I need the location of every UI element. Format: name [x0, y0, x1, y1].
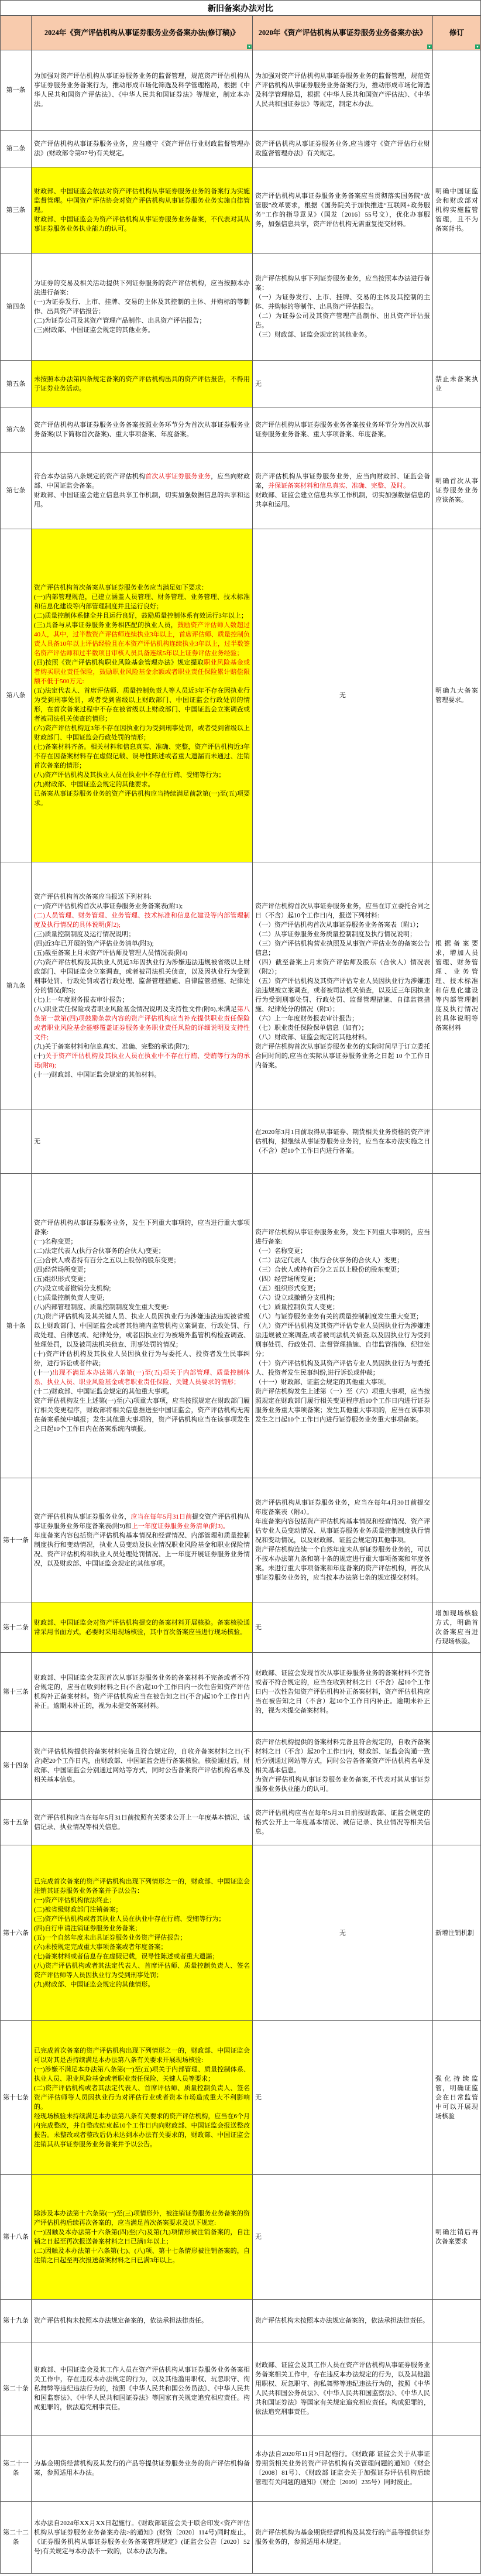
paragraph: （二）为证券公司及其资产管理产品制作、出具资产评估报告。: [255, 311, 430, 330]
col-2020-cell: 资产评估机构未按照本办法规定备案的，依法承担法律责任。: [253, 2300, 433, 2342]
revision-cell: [433, 1174, 480, 1478]
revision-note: 禁止未备案执业: [435, 375, 478, 393]
article-cell: 第十五条: [1, 1800, 32, 1845]
article-cell: 第一条: [1, 50, 32, 130]
revision-cell: [433, 2342, 480, 2435]
paragraph: 无: [255, 1928, 430, 1938]
comment-indicator-icon: ▾: [247, 44, 252, 49]
table-row: 第十七条已完成首次备案的资产评估机构出现下列情形之一的，财政部、中国证监会可以对…: [1, 2021, 480, 2175]
paragraph: (二)质量控制体系健全并且运行良好，鼓励质量控制体系有效运行3年以上；: [34, 611, 250, 621]
table-row: 第十九条资产评估机构未按照本办法规定备案的，依法承担法律责任。资产评估机构未按照…: [1, 2300, 480, 2342]
paragraph: 为证券的交易及相关活动提供下列证券服务的资产评估机构，应当按照本办法进行备案：: [34, 279, 250, 297]
paragraph: 资产评估机构从事下列证券服务业务，应当按照本办法进行备案：: [255, 274, 430, 293]
paragraph: (九)财政部、中国证监会规定的其他情形。: [34, 1980, 250, 1989]
paragraph: (四)按照《资产评估机构职业风险基金管理办法》规定提取职业风险基金或者购买职业责…: [34, 658, 250, 686]
paragraph: (八)职业责任保险或者职业风险基金情况说明及支持性文件(附6),未满足第八条第一…: [34, 1005, 250, 1042]
table-header-row: 2024年《资产评估机构从事证券服务业务备案办法(修订稿)》 ▾ 2020年《资…: [1, 16, 480, 50]
paragraph: (二)人员管理、财务管理、业务管理、技术标准和信息化建设等内部管理制度及执行情况…: [34, 911, 250, 930]
paragraph: （一）资产评估机构首次从事证券服务业务备案表（附1）；: [255, 920, 430, 930]
paragraph: (二)法定代表人(执行合伙事务的合伙人)变更；: [34, 1246, 250, 1256]
paragraph: 资产评估机构提供的备案材料完备且符合规定的，自收齐备案材料之日(不含)起20个工…: [34, 1747, 250, 1784]
paragraph: 财政部、中国证监会对资产评估机构提交的备案材料开展核验。备案核验通常采用书面方式…: [34, 1618, 250, 1637]
table-row: 第三条财政部、中国证监会依法对资产评估机构从事证券服务业务的备案行为实施监督管理…: [1, 167, 480, 254]
paragraph: 资产评估机构从事证券服务业务备案按业务环节分为首次从事证券服务业务备案、重大事项…: [255, 420, 430, 439]
revision-cell: [433, 407, 480, 452]
paragraph: (十)关于资产评估机构及其执业人员在执业中不存在行贿、受贿等行为的承诺(附8);: [34, 1051, 250, 1070]
article-cell: 第十四条: [1, 1732, 32, 1799]
comment-indicator-icon: ▾: [475, 44, 480, 49]
document-page: 新旧备案办法对比 2024年《资产评估机构从事证券服务业务备案办法(修订稿)》 …: [0, 0, 481, 2574]
table-row: 第十一条资产评估机构从事证券服务业务，应当在每年5月31日前提交资产评估机构从事…: [1, 1478, 480, 1602]
comparison-table: 新旧备案办法对比 2024年《资产评估机构从事证券服务业务备案办法(修订稿)》 …: [0, 0, 481, 2574]
paragraph: 年度备案内容包括资产评估机构基本情况和经营情况、资产评估专业人员变动情况、从事证…: [255, 1517, 430, 1545]
table-row: 第十四条资产评估机构提供的备案材料完备且符合规定的，自收齐备案材料之日(不含)起…: [1, 1732, 480, 1800]
paragraph: 资产评估机构为基金期货经营机构及其发行的产品等提供证券服务业务的，参照适用本规定…: [255, 2528, 430, 2547]
col-2024-cell: 资产评估机构从事证券服务业务，应当在每年5月31日前提交资产评估机构从事证券服务…: [32, 1478, 253, 1602]
revision-note: 明确九大备案管理要求。: [435, 686, 478, 705]
article-cell: 第八条: [1, 529, 32, 862]
paragraph: 为资产评估机构从事证券服务业务备案,不代表对其从事证券服务业务执业能力的认可。: [255, 1775, 430, 1794]
paragraph: (三)资产评估机构或者其执业人员在执业中存在行贿、受贿等行为；: [34, 1914, 250, 1924]
paragraph: (四)自行申请注销证券服务业务备案；: [34, 1924, 250, 1933]
revision-cell: 明确注销后再次备案要求: [433, 2175, 480, 2299]
col-2020-cell: 资产评估机构从事证券服务业务，发生下列重大事项的，应当进行备案:（一）名称变更；…: [253, 1174, 433, 1478]
paragraph: (三)合伙人或者持有百分之五以上股份的股东变更；: [34, 1256, 250, 1265]
col-2020-cell: 资产评估机构从事证券服务业务，应当在每年4月30日前提交年度备案表（附4）。年度…: [253, 1478, 433, 1602]
paragraph: 资产评估机构首次从事证券服务业务，应当在订立委托合同之日（不含）起10个工作日内…: [255, 902, 430, 920]
col-2020-cell: 资产评估机构从事下列证券服务业务，应当按照本办法进行备案：（一）为证券发行、上市…: [253, 254, 433, 360]
col-2024-cell: 资产评估机构首次备案应当报送下列材料:(一)资产评估机构首次从事证券服务业务备案…: [32, 862, 253, 1109]
paragraph: 无: [255, 2232, 430, 2242]
paragraph: 资产评估机构连续一个自然年度未从事证券服务业务的，可以不按本办法第九条和第十条的…: [255, 1545, 430, 1582]
col-2024-cell: 资产评估机构应当在每年5月31日前按照有关要求公开上一年度基本情况、诚信记录、执…: [32, 1800, 253, 1845]
paragraph: (二)资产评估机构或者其法定代表人、首席评估师、质量控制负责人、签名资产评估师等…: [34, 2084, 250, 2112]
paragraph: (一)名称变更；: [34, 1237, 250, 1246]
paragraph: 已备案从事证券服务业务的资产评估机构应当持续满足前款第(一)至(五)项要求。: [34, 789, 250, 808]
col-2020-cell: 为加强对资产评估机构从事证券服务业务的监督管理，规范资产评估机构从事证券服务业务…: [253, 50, 433, 130]
paragraph: 财政部、中国证监会建立信息共享工作机制，切实加强数据信息的共享和运用。: [34, 491, 250, 509]
header-2024-label: 2024年《资产评估机构从事证券服务业务备案办法(修订稿)》: [44, 28, 239, 38]
col-2024-cell: 财政部、中国证监会发现首次从事证券服务业务的备案材料不完备或者不符合规定的，应当…: [32, 1653, 253, 1731]
revision-note: 新增注销机制: [435, 1928, 478, 1938]
revision-note: 明确中国证监会和财政部对机构实施监管管理，且不为备案背书。: [435, 187, 478, 234]
revision-cell: 明确中国证监会和财政部对机构实施监管管理，且不为备案背书。: [433, 167, 480, 253]
header-article-cell: [1, 16, 32, 50]
revision-cell: [433, 1478, 480, 1602]
article-cell: 第六条: [1, 407, 32, 452]
revision-note: 明确首次从事证券服务业务应该备案。: [435, 477, 478, 505]
table-row: 第二十一条为基金期货经营机构及其发行的产品等提供证券服务业务的资产评估机构备案，…: [1, 2435, 480, 2502]
paragraph: (一)因触及本办法第十六条第(四)至(六)及第(九)项情形被注销备案的，自注销之…: [34, 2228, 250, 2246]
paragraph: 资产评估机构从事证券服务业务，应当遵守《资产评估行业财政监督管理办法》(财政部令…: [34, 139, 250, 158]
paragraph: （七）职业责任保险保单信息（如有）；: [255, 1023, 430, 1033]
col-2024-cell: 资产评估机构未按照本办法规定备案的，依法承担法律责任。: [32, 2300, 253, 2342]
revision-cell: 明确首次从事证券服务业务应该备案。: [433, 453, 480, 529]
revision-note: 强化持续监管，明确证监会在日常监管中可以开展现场核验: [435, 2074, 478, 2121]
revision-cell: [433, 131, 480, 167]
paragraph: （六）设立或撤销分支机构；: [255, 1293, 430, 1303]
table-row: 第五条未按照本办法第四条规定备案的资产评估机构出具的资产评估报告，不得用于证券业…: [1, 361, 480, 407]
paragraph: 已完成首次备案的资产评估机构出现下列情形之一的，财政部、中国证监会可以对其是否持…: [34, 2046, 250, 2065]
paragraph: 资产评估机构首次备案应当报送下列材料:: [34, 892, 250, 902]
col-2020-cell: 财政部、证监会发现首次从事证券服务业务的备案材料不完备或者不符合规定的，应当在收…: [253, 1653, 433, 1731]
revision-cell: 增加现场核验方式，明确首次备案应当进行现场核验。: [433, 1602, 480, 1652]
article-cell: 第十七条: [1, 2021, 32, 2174]
paragraph: （七）质量控制负责人变更；: [255, 1303, 430, 1312]
revision-cell: [433, 2435, 480, 2501]
paragraph: （五）资产评估机构及其资产评估专业人员因执业行为涉嫌违法违规被立案调查，或者被司…: [255, 977, 430, 1014]
paragraph: 年度备案内容包括资产评估机构基本情况和经营情况、内部管理和质量控制制度执行和变动…: [34, 1531, 250, 1568]
col-2020-cell: 无: [253, 2175, 433, 2299]
paragraph: （十一）财政部、证监会规定的其他重大事项。: [255, 1378, 430, 1387]
article-cell: 第十九条: [1, 2300, 32, 2342]
paragraph: 无: [255, 691, 430, 700]
revision-cell: 强化持续监管，明确证监会在日常监管中可以开展现场核验: [433, 2021, 480, 2174]
paragraph: 无: [34, 1137, 250, 1146]
col-2024-cell: 未按照本办法第四条规定备案的资产评估机构出具的资产评估报告，不得用于证券业务活动…: [32, 361, 253, 407]
table-row: 无在2020年3月1日前取得从事证券、期货相关业务资格的资产评估机构，拟继续从事…: [1, 1109, 480, 1174]
page-title: 新旧备案办法对比: [1, 1, 480, 16]
paragraph: （五）组织形式变更；: [255, 1284, 430, 1293]
paragraph: （十）资产评估机构及其资产评估专业人员因执业行为与委托人、投资者发生民事纠纷,进…: [255, 1359, 430, 1378]
paragraph: （一）为证券发行、上市、挂牌、交易的主体及其控制的主体、并购标的等制作、出具资产…: [255, 293, 430, 311]
article-cell: 第三条: [1, 167, 32, 253]
article-cell: 第四条: [1, 254, 32, 360]
paragraph: （四）截至备案上月末资产评估师及股东（合伙人）情况表（附2）；: [255, 958, 430, 977]
article-cell: 第二条: [1, 131, 32, 167]
paragraph: (四)近3年已开展的资产评估业务清单(附3);: [34, 939, 250, 948]
paragraph: (五)组织形式变更；: [34, 1275, 250, 1284]
col-2020-cell: 资产评估机构从事证券服务业务备案应当贯彻落实国务院“放管服”改革要求，根据《国务…: [253, 167, 433, 253]
paragraph: 资产评估机构从事证券服务业务，发生下列重大事项的，应当进行备案:: [255, 1228, 430, 1246]
table-row: 第四条为证券的交易及相关活动提供下列证券服务的资产评估机构，应当按照本办法进行备…: [1, 254, 480, 361]
paragraph: 为基金期货经营机构及其发行的产品等提供证券服务业务的资产评估机构备案，参照适用本…: [34, 2459, 250, 2478]
paragraph: 资产评估机构发生上述第（一）至（六）项重大事项，应当按照规定在财政部门履行相关变…: [255, 1387, 430, 1424]
paragraph: (五)法定代表人、首席评估师、质量控制负责人等人员近3年不存在因执业行为受到刑事…: [34, 686, 250, 724]
paragraph: 资产评估机构从事证券服务业务,应当遵守《资产评估行业财政监督管理办法》有关规定。: [255, 139, 430, 158]
paragraph: （三）合伙人或持有百分之五以上股份的股东变更；: [255, 1265, 430, 1275]
article-cell: 第十二条: [1, 1602, 32, 1652]
table-row: 第十六条已完成首次备案的资产评估机构出现下列情形之一的，财政部、中国证监会注销其…: [1, 1845, 480, 2021]
table-row: 第二十二条本办法自2024年XX月XX日起施行。《财政部证监会关于联合印发<资产…: [1, 2502, 480, 2573]
paragraph: (二)因触及本办法第十六条第(七)、(八)项、第十七条情形被注销备案的，自注销之…: [34, 2246, 250, 2265]
paragraph: （八）财政部、证监会规定的其他材料。: [255, 1033, 430, 1042]
table-row: 第一条为加强对资产评估机构从事证券服务业务的监督管理，规范资产评估机构从事证券服…: [1, 50, 480, 131]
paragraph: (七)质量控制负责人变更;: [34, 1293, 250, 1303]
paragraph: (六)未按规定完成重大事项备案或者年度备案；: [34, 1943, 250, 1952]
col-2024-cell: 资产评估机构首次备案从事证券服务业务应当满足如下要求：(一)内部管理规范，已建立…: [32, 529, 253, 862]
revision-cell: [433, 1800, 480, 1845]
paragraph: 资产评估机构提供的备案材料完备且符合规定的，自收齐备案材料之日（不含）起20个工…: [255, 1738, 430, 1775]
paragraph: 财政部、证监会及其工作人员在资产评估机构从事证券服务业务备案相关工作中，存在违反…: [255, 2361, 430, 2417]
paragraph: (十一)财政部、中国证监会规定的其他材料。: [34, 1070, 250, 1080]
header-2020-label: 2020年《资产评估机构从事证券服务业务备案办法》: [259, 28, 427, 38]
table-row: 第二十条财政部、中国证监会及其工作人员在资产评估机构从事证券服务业务备案相关工作…: [1, 2342, 480, 2435]
revision-cell: [433, 1732, 480, 1799]
paragraph: 资产评估机构从事证券服务业务备案按照业务环节分为首次从事证券服务业务备案(以下简…: [34, 420, 250, 439]
paragraph: (四)经营场所变更；: [34, 1265, 250, 1275]
col-2024-cell: 资产评估机构从事证券服务业务，应当遵守《资产评估行业财政监督管理办法》(财政部令…: [32, 131, 253, 167]
paragraph: 无: [255, 2093, 430, 2102]
paragraph: (十二)财政部、中国证监会规定的其他重大事项。: [34, 1387, 250, 1396]
table-row: 第二条资产评估机构从事证券服务业务，应当遵守《资产评估行业财政监督管理办法》(财…: [1, 131, 480, 167]
paragraph: (七)备案材料或者信息存在虚假记载，误导性陈述或者重大遗漏；: [34, 1952, 250, 1961]
article-cell: 第十一条: [1, 1478, 32, 1602]
revision-cell: 根据备案要求，增加人员管理、财务管理、业务管理、技术标准和信息化建设等内部管理制…: [433, 862, 480, 1109]
col-2024-cell: 已完成首次备案的资产评估机构出现下列情形之一的，财政部、中国证监会可以对其是否持…: [32, 2021, 253, 2174]
col-2020-cell: 资产评估机构从事证券服务业务,应当遵守《资产评估行业财政监督管理办法》有关规定。: [253, 131, 433, 167]
table-body: 第一条为加强对资产评估机构从事证券服务业务的监督管理，规范资产评估机构从事证券服…: [1, 50, 480, 2573]
revision-note: 明确注销后再次备案要求: [435, 2228, 478, 2246]
paragraph: (八)资产评估机构及其执业人员在执业中不存在行贿、受贿等行为；: [34, 770, 250, 780]
paragraph: 资产评估机构首次备案从事证券服务业务应当满足如下要求：: [34, 583, 250, 592]
paragraph: （二）法定代表人（执行合伙事务的合伙人）变更；: [255, 1256, 430, 1265]
col-2024-cell: 资产评估机构从事证券服务业务备案按照业务环节分为首次从事证券服务业务备案(以下简…: [32, 407, 253, 452]
col-2020-cell: 财政部、证监会及其工作人员在资产评估机构从事证券服务业务备案相关工作中，存在违反…: [253, 2342, 433, 2435]
article-cell: [1, 1109, 32, 1173]
article-cell: 第十条: [1, 1174, 32, 1478]
paragraph: 本办法自2020年11月9日起施行。《财政部 证监会关于从事证券期货相关业务的资…: [255, 2450, 430, 2487]
article-cell: 第七条: [1, 453, 32, 529]
paragraph: (九)关于备案材料和信息真实、准确、完整的承诺(附7);: [34, 1042, 250, 1051]
revision-cell: [433, 1653, 480, 1731]
article-cell: 第十八条: [1, 2175, 32, 2299]
col-2020-cell: 资产评估机构首次从事证券服务业务，应当在订立委托合同之日（不含）起10个工作日内…: [253, 862, 433, 1109]
table-row: 第十五条资产评估机构应当在每年5月31日前按照有关要求公开上一年度基本情况、诚信…: [1, 1800, 480, 1845]
revision-cell: [433, 254, 480, 360]
col-2020-cell: 本办法自2020年11月9日起施行。《财政部 证监会关于从事证券期货相关业务的资…: [253, 2435, 433, 2501]
article-cell: 第十六条: [1, 1845, 32, 2020]
paragraph: （三）财政部、证监会规定的其他业务。: [255, 330, 430, 340]
paragraph: (九)资产评估机构及其关键人员、执业人员因执业行为涉嫌违法违规被省级以上财政部门…: [34, 1312, 250, 1349]
paragraph: 本办法自2024年XX月XX日起施行。《财政部证监会关于联合印发<资产评估机构从…: [34, 2519, 250, 2556]
col-2020-cell: 资产评估机构应当在每年5月31日前按财政部、证监会规定的格式公开上一年度基本情况…: [253, 1800, 433, 1845]
paragraph: 财政部、证监会发现首次从事证券服务业务的备案材料不完备或者不符合规定的，应当在收…: [255, 1669, 430, 1715]
col-2020-cell: 资产评估机构从事证券服务业务，应当向财政部、证监会备案，并保证备案材料和信息真实…: [253, 453, 433, 529]
paragraph: 资产评估机构首次从事证券服务业务的实际时间早于订立委托合同时间的,应当在实际从事…: [255, 1042, 430, 1070]
paragraph: 资产评估机构发生上述第(一)至(六)项重大事项，应当按照规定在财政部门履行相关变…: [34, 1396, 250, 1434]
paragraph: (一)为证券发行、上市、挂牌、交易的主体及其控制的主体、并购标的等制作、出具资产…: [34, 297, 250, 316]
paragraph: （九）资产评估机构及其资产评估专业人员因执业行为涉嫌违法违规被立案调查,或者被司…: [255, 1321, 430, 1359]
revision-cell: 禁止未备案执业: [433, 361, 480, 407]
paragraph: 资产评估机构从事证券服务业务，应当向财政部、证监会备案，并保证备案材料和信息真实…: [255, 472, 430, 491]
paragraph: （三）资产评估机构营业执照及从事资产评估业务的备案公告信息；: [255, 939, 430, 958]
paragraph: 资产评估机构未按照本办法规定备案的，依法承担法律责任。: [255, 2316, 430, 2325]
paragraph: (十一)出现不满足本办法第八条第(一)至(五)项关于内部管理、质量控制体系、执业…: [34, 1368, 250, 1387]
article-cell: 第九条: [1, 862, 32, 1109]
header-2024-cell: 2024年《资产评估机构从事证券服务业务备案办法(修订稿)》 ▾: [32, 16, 253, 50]
paragraph: (六)资产评估机构近3年不存在因执业行为受到刑事处罚，或者受到省级以上财政部门、…: [34, 724, 250, 742]
paragraph: 财政部、中国证监会为资产评估机构从事证券服务业务备案，不代表对其从事证券服务业务…: [34, 215, 250, 234]
paragraph: （六）上一年度财务报表审计报告；: [255, 1014, 430, 1023]
table-row: 第七条符合本办法第八条规定的资产评估机构首次从事证券服务业务，应当向财政部、中国…: [1, 453, 480, 529]
paragraph: 在2020年3月1日前取得从事证券、期货相关业务资格的资产评估机构，拟继续从事证…: [255, 1128, 430, 1156]
col-2024-cell: 本办法自2024年XX月XX日起施行。《财政部证监会关于联合印发<资产评估机构从…: [32, 2502, 253, 2573]
revision-cell: [433, 50, 480, 130]
paragraph: 资产评估机构从事证券服务业务备案应当贯彻落实国务院“放管服”改革要求，根据《国务…: [255, 191, 430, 229]
paragraph: (三)具备与从事证券服务业务相匹配的执业人员，鼓励资产评估师人数超过40人，其中…: [34, 621, 250, 658]
paragraph: 符合本办法第八条规定的资产评估机构首次从事证券服务业务，应当向财政部、中国证监会…: [34, 472, 250, 491]
col-2020-cell: 在2020年3月1日前取得从事证券、期货相关业务资格的资产评估机构，拟继续从事证…: [253, 1109, 433, 1173]
col-2024-cell: 财政部、中国证监会及其工作人员在资产评估机构从事证券服务业务备案相关工作中，存在…: [32, 2342, 253, 2435]
paragraph: (六)资产评估机构及其执业人员近3年因执业行为涉嫌违法违规被省级以上财政部门、中…: [34, 958, 250, 995]
paragraph: (二)为证券公司及其资产管理产品制作、出具资产评估报告；: [34, 316, 250, 326]
table-row: 第十八条除涉及本办法第十六条第(一)至(三)项情形外，被注销证券服务业务备案的资…: [1, 2175, 480, 2300]
article-cell: 第十三条: [1, 1653, 32, 1731]
header-revision-cell: 修订 ▾: [433, 16, 480, 50]
revision-cell: [433, 1109, 480, 1173]
comment-indicator-icon: ▾: [427, 44, 432, 49]
paragraph: (六)设立或者撤销分支机构;: [34, 1284, 250, 1293]
paragraph: (二)被省级财政部门注销备案；: [34, 1905, 250, 1914]
table-row: 第八条资产评估机构首次备案从事证券服务业务应当满足如下要求：(一)内部管理规范，…: [1, 529, 480, 862]
paragraph: 资产评估机构应当在每年5月31日前按财政部、证监会规定的格式公开上一年度基本情况…: [255, 1808, 430, 1837]
paragraph: 经现场核验未持续满足本办法第八条有关要求的资产评估机构，应当在6个月内完成整改，…: [34, 2112, 250, 2149]
paragraph: (八)资产评估机构或者其法定代表人、首席评估师、质量控制负责人、签名资产评估师等…: [34, 1961, 250, 1980]
paragraph: 为加强对资产评估机构从事证券服务业务的监督管理，规范资产评估机构从事证券服务业务…: [34, 71, 250, 109]
col-2020-cell: 资产评估机构从事证券服务业务备案按业务环节分为首次从事证券服务业务备案、重大事项…: [253, 407, 433, 452]
table-row: 第十三条财政部、中国证监会发现首次从事证券服务业务的备案材料不完备或者不符合规定…: [1, 1653, 480, 1732]
revision-note: 根据备案要求，增加人员管理、财务管理、业务管理、技术标准和信息化建设等内部管理制…: [435, 939, 478, 1033]
paragraph: (五)一个自然年度未出具证券服务业务资产评估报告；: [34, 1933, 250, 1943]
paragraph: 无: [255, 379, 430, 389]
paragraph: 资产评估机构从事证券服务业务，应当在每年4月30日前提交年度备案表（附4）。: [255, 1498, 430, 1517]
revision-cell: 明确九大备案管理要求。: [433, 529, 480, 862]
paragraph: (一)资产评估机构依法终止；: [34, 1896, 250, 1905]
paragraph: 资产评估机构从事证券服务业务，应当在每年5月31日前提交资产评估机构从事证券服务…: [34, 1512, 250, 1531]
col-2024-cell: 符合本办法第八条规定的资产评估机构首次从事证券服务业务，应当向财政部、中国证监会…: [32, 453, 253, 529]
paragraph: (一)资产评估机构首次从事证券服务业务备案表(附1);: [34, 902, 250, 911]
paragraph: (五)截至备案上月末资产评估师及管理人员情况表(附4): [34, 948, 250, 958]
header-2020-cell: 2020年《资产评估机构从事证券服务业务备案办法》 ▾: [253, 16, 433, 50]
paragraph: 财政部、中国证监会及其工作人员在资产评估机构从事证券服务业务备案相关工作中，存在…: [34, 2365, 250, 2412]
table-row: 第九条资产评估机构首次备案应当报送下列材料:(一)资产评估机构首次从事证券服务业…: [1, 862, 480, 1109]
paragraph: （四）经营场所变更；: [255, 1275, 430, 1284]
header-revision-label: 修订: [449, 28, 464, 38]
paragraph: 资产评估机构从事证券服务业务，发生下列重大事项的，应当进行重大事项备案:: [34, 1218, 250, 1237]
paragraph: 无: [255, 1623, 430, 1632]
paragraph: 除涉及本办法第十六条第(一)至(三)项情形外，被注销证券服务业务备案的资产评估机…: [34, 2209, 250, 2228]
col-2024-cell: 已完成首次备案的资产评估机构出现下列情形之一的，财政部、中国证监会注销其证券服务…: [32, 1845, 253, 2020]
paragraph: (八)内部管理制度、质量控制制度发生重大变更:: [34, 1303, 250, 1312]
paragraph: （二）从事证券服务业务质量控制制度及执行情况说明；: [255, 930, 430, 939]
article-cell: 第五条: [1, 361, 32, 407]
revision-cell: 新增注销机制: [433, 1845, 480, 2020]
paragraph: 财政部、中国证监会依法对资产评估机构从事证券服务业务的备案行为实施监督管理。中国…: [34, 187, 250, 215]
paragraph: (一)内部管理规范，已建立涵盖人员管理、财务管理、业务管理、技术标准和信息化建设…: [34, 592, 250, 611]
col-2020-cell: 无: [253, 1845, 433, 2020]
col-2024-cell: 为证券的交易及相关活动提供下列证券服务的资产评估机构，应当按照本办法进行备案：(…: [32, 254, 253, 360]
table-row: 第六条资产评估机构从事证券服务业务备案按照业务环节分为首次从事证券服务业务备案(…: [1, 407, 480, 453]
paragraph: 资产评估机构应当在每年5月31日前按照有关要求公开上一年度基本情况、诚信记录、执…: [34, 1813, 250, 1832]
paragraph: 资产评估机构未按照本办法规定备案的，依法承担法律责任。: [34, 2316, 250, 2325]
col-2024-cell: 无: [32, 1109, 253, 1173]
revision-note: 增加现场核验方式，明确首次备案应当进行现场核验。: [435, 1609, 478, 1646]
article-cell: 第二十条: [1, 2342, 32, 2435]
paragraph: (一)涉嫌不满足本办法第八条第(一)至(五)项关于内部管理、质量控制体系、执业人…: [34, 2065, 250, 2084]
revision-cell: [433, 2502, 480, 2573]
col-2024-cell: 资产评估机构提供的备案材料完备且符合规定的，自收齐备案材料之日(不含)起20个工…: [32, 1732, 253, 1799]
col-2024-cell: 财政部、中国证监会对资产评估机构提交的备案材料开展核验。备案核验通常采用书面方式…: [32, 1602, 253, 1652]
table-row: 第十二条财政部、中国证监会对资产评估机构提交的备案材料开展核验。备案核验通常采用…: [1, 1602, 480, 1653]
paragraph: (七)备案材料齐备。相关材料和信息真实、准确、完整，资产评估机构近3年不存在因备…: [34, 742, 250, 770]
paragraph: 未按照本办法第四条规定备案的资产评估机构出具的资产评估报告，不得用于证券业务活动…: [34, 375, 250, 393]
col-2024-cell: 资产评估机构从事证券服务业务，发生下列重大事项的，应当进行重大事项备案:(一)名…: [32, 1174, 253, 1478]
col-2024-cell: 财政部、中国证监会依法对资产评估机构从事证券服务业务的备案行为实施监督管理。中国…: [32, 167, 253, 253]
paragraph: 已完成首次备案的资产评估机构出现下列情形之一的，财政部、中国证监会注销其证券服务…: [34, 1877, 250, 1896]
paragraph: (三)质量控制制度及运行情况说明；: [34, 930, 250, 939]
paragraph: 为加强对资产评估机构从事证券服务业务的监督管理，规范资产评估机构从事证券服务业务…: [255, 71, 430, 109]
col-2020-cell: 无: [253, 529, 433, 862]
article-cell: 第二十二条: [1, 2502, 32, 2573]
paragraph: (十)资产评估机构及其执业人员因执业行为与委托人、投资者发生民事纠纷，进行诉讼或…: [34, 1349, 250, 1368]
paragraph: （八）与证券服务业务有关的质量控制制度发生重大变更；: [255, 1312, 430, 1321]
paragraph: (三)财政部、中国证监会规定的其他业务。: [34, 326, 250, 335]
col-2020-cell: 资产评估机构提供的备案材料完备且符合规定的，自收齐备案材料之日（不含）起20个工…: [253, 1732, 433, 1799]
paragraph: 财政部、中国证监会发现首次从事证券服务业务的备案材料不完备或者不符合规定的，应当…: [34, 1673, 250, 1711]
col-2020-cell: 无: [253, 361, 433, 407]
paragraph: (七)上一年度财务报表审计报告；: [34, 995, 250, 1005]
col-2024-cell: 除涉及本办法第十六条第(一)至(三)项情形外，被注销证券服务业务备案的资产评估机…: [32, 2175, 253, 2299]
paragraph: （一）名称变更；: [255, 1246, 430, 1256]
col-2024-cell: 为加强对资产评估机构从事证券服务业务的监督管理，规范资产评估机构从事证券服务业务…: [32, 50, 253, 130]
col-2020-cell: 资产评估机构为基金期货经营机构及其发行的产品等提供证券服务业务的，参照适用本规定…: [253, 2502, 433, 2573]
col-2020-cell: 无: [253, 2021, 433, 2174]
paragraph: 财政部、证监会建立信息共享工作机制，切实加强数据信息的共享和运用。: [255, 491, 430, 509]
article-cell: 第二十一条: [1, 2435, 32, 2501]
col-2020-cell: 无: [253, 1602, 433, 1652]
table-row: 第十条资产评估机构从事证券服务业务，发生下列重大事项的，应当进行重大事项备案:(…: [1, 1174, 480, 1478]
paragraph: (九)财政部、中国证监会规定的其他要求。: [34, 780, 250, 789]
col-2024-cell: 为基金期货经营机构及其发行的产品等提供证券服务业务的资产评估机构备案，参照适用本…: [32, 2435, 253, 2501]
revision-cell: [433, 2300, 480, 2342]
